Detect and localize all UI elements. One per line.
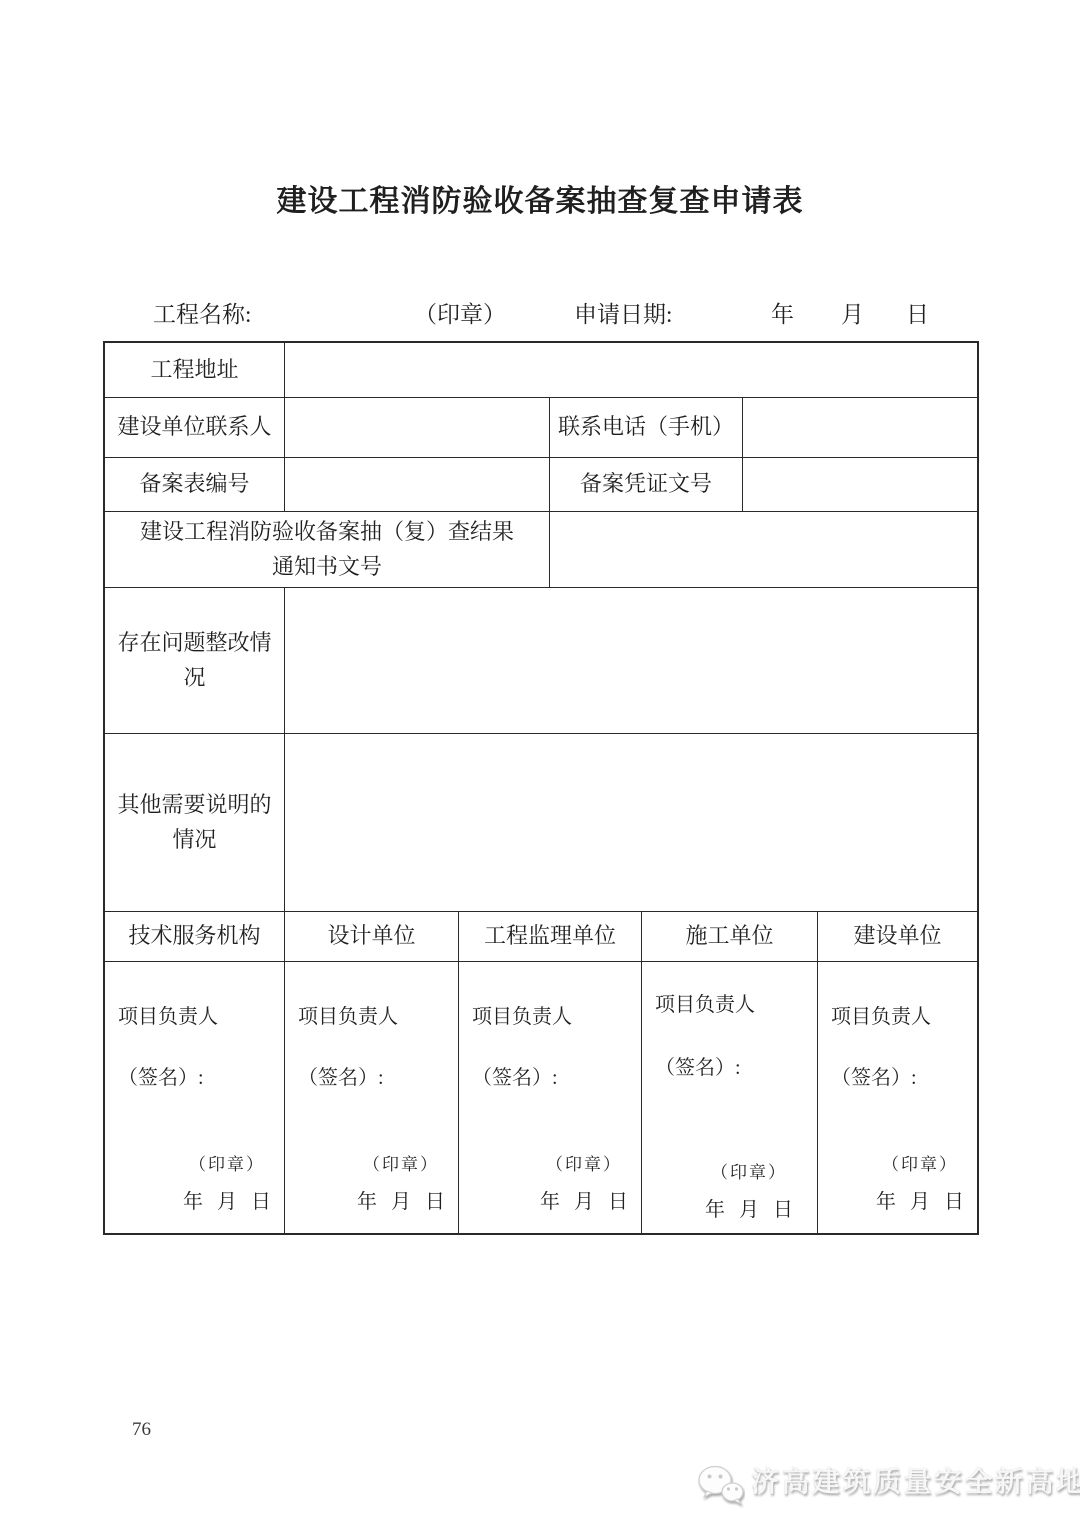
signature-label: （签名）: — [298, 1063, 458, 1094]
value-inspection-result-notice-number — [550, 512, 977, 588]
wechat-icon — [697, 1464, 745, 1513]
org-header-design-unit: 设计单位 — [285, 912, 459, 962]
signature-cell-technical-service: 项目负责人 （签名）: （印章） 年 月 日 — [105, 962, 285, 1233]
project-leader-label: 项目负责人 — [472, 1002, 641, 1033]
org-header-supervision-unit: 工程监理单位 — [459, 912, 642, 962]
seal-label: （印章） — [705, 1160, 793, 1186]
day-label: 日 — [906, 296, 929, 329]
org-header-technical-service: 技术服务机构 — [105, 912, 285, 962]
signature-cell-design-unit: 项目负责人 （签名）: （印章） 年 月 日 — [285, 962, 459, 1233]
label-problem-rectification: 存在问题整改情 况 — [105, 588, 285, 734]
application-form-table: 工程地址 建设单位联系人 联系电话（手机） 备案表编号 备案凭证文号 建设工程消… — [103, 341, 979, 1235]
apply-date-label: 申请日期: — [574, 296, 672, 329]
date-label: 年 月 日 — [876, 1187, 964, 1218]
document-page: 建设工程消防验收备案抽查复查申请表 工程名称: （印章） 申请日期: 年 月 日… — [0, 0, 1080, 1527]
value-problem-rectification — [285, 588, 977, 734]
project-leader-label: 项目负责人 — [118, 1002, 284, 1033]
signature-cell-construction-unit: 项目负责人 （签名）: （印章） 年 月 日 — [818, 962, 977, 1233]
org-header-construction-contractor: 施工单位 — [642, 912, 818, 962]
label-other-notes: 其他需要说明的 情况 — [105, 734, 285, 912]
watermark: 济高建筑质量安全新高地 — [0, 1458, 1080, 1518]
signature-label: （签名）: — [831, 1063, 977, 1094]
value-filing-certificate-number — [743, 458, 977, 512]
project-leader-label: 项目负责人 — [298, 1002, 458, 1033]
seal-hint: （印章） — [414, 296, 506, 329]
value-filing-form-number — [285, 458, 550, 512]
signature-label: （签名）: — [472, 1063, 641, 1094]
page-number: 76 — [132, 1419, 151, 1441]
seal-label: （印章） — [357, 1152, 445, 1178]
label-contact-phone: 联系电话（手机） — [550, 398, 743, 458]
value-project-address — [285, 343, 977, 398]
project-name-label: 工程名称: — [153, 296, 251, 329]
value-contact-phone — [743, 398, 977, 458]
label-filing-form-number: 备案表编号 — [105, 458, 285, 512]
signature-label: （签名）: — [655, 1053, 817, 1084]
form-header-line: 工程名称: （印章） 申请日期: 年 月 日 — [0, 296, 1080, 330]
value-construction-unit-contact — [285, 398, 550, 458]
signature-label: （签名）: — [118, 1063, 284, 1094]
seal-label: （印章） — [876, 1152, 964, 1178]
signature-cell-supervision-unit: 项目负责人 （签名）: （印章） 年 月 日 — [459, 962, 642, 1233]
value-other-notes — [285, 734, 977, 912]
date-label: 年 月 日 — [183, 1187, 271, 1218]
label-filing-certificate-number: 备案凭证文号 — [550, 458, 743, 512]
seal-label: （印章） — [183, 1152, 271, 1178]
year-label: 年 — [771, 296, 794, 329]
label-project-address: 工程地址 — [105, 343, 285, 398]
signature-cell-construction-contractor: 项目负责人 （签名）: （印章） 年 月 日 — [642, 962, 818, 1233]
project-leader-label: 项目负责人 — [831, 1002, 977, 1033]
month-label: 月 — [841, 296, 864, 329]
date-label: 年 月 日 — [705, 1195, 793, 1226]
project-leader-label: 项目负责人 — [655, 990, 817, 1021]
label-construction-unit-contact: 建设单位联系人 — [105, 398, 285, 458]
date-label: 年 月 日 — [357, 1187, 445, 1218]
form-title: 建设工程消防验收备案抽查复查申请表 — [0, 176, 1080, 220]
date-label: 年 月 日 — [540, 1187, 628, 1218]
label-inspection-result-notice-number: 建设工程消防验收备案抽（复）查结果 通知书文号 — [105, 512, 550, 588]
watermark-text: 济高建筑质量安全新高地 — [751, 1460, 1080, 1500]
org-header-construction-unit: 建设单位 — [818, 912, 977, 962]
seal-label: （印章） — [540, 1152, 628, 1178]
